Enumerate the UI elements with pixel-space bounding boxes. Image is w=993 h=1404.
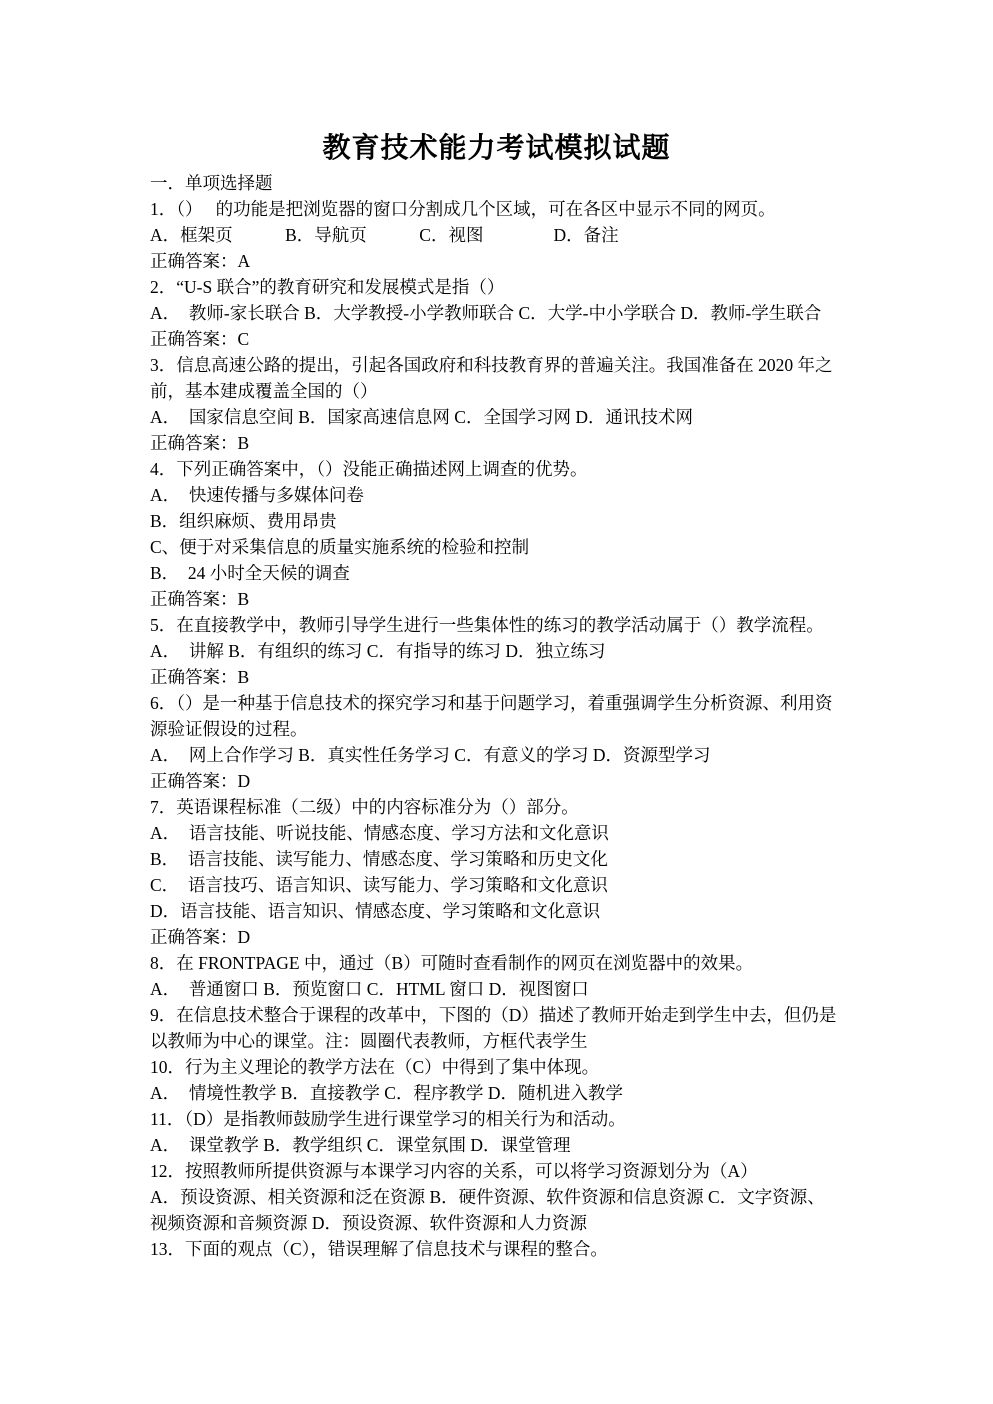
text-line: 8．在 FRONTPAGE 中，通过（B）可随时查看制作的网页在浏览器中的效果。 bbox=[150, 950, 860, 976]
text-line: A． 教师-家长联合 B．大学教授-小学教师联合 C．大学-中小学联合 D．教师… bbox=[150, 300, 860, 326]
text-line: A． 语言技能、听说技能、情感态度、学习方法和文化意识 bbox=[150, 820, 860, 846]
section-heading: 一．单项选择题 bbox=[150, 170, 860, 196]
document-body: 一．单项选择题1．（） 的功能是把浏览器的窗口分割成几个区域，可在各区中显示不同… bbox=[150, 170, 860, 1262]
text-line: 2．“U-S 联合”的教育研究和发展模式是指（） bbox=[150, 274, 860, 300]
text-line: A．预设资源、相关资源和泛在资源 B．硬件资源、软件资源和信息资源 C．文字资源… bbox=[150, 1184, 860, 1210]
text-line: A． 讲解 B．有组织的练习 C．有指导的练习 D．独立练习 bbox=[150, 638, 860, 664]
text-line: 9．在信息技术整合于课程的改革中，下图的（D）描述了教师开始走到学生中去，但仍是 bbox=[150, 1002, 860, 1028]
text-line: A． 快速传播与多媒体问卷 bbox=[150, 482, 860, 508]
text-line: A．框架页 B．导航页 C．视图 D．备注 bbox=[150, 222, 860, 248]
text-line: 13．下面的观点（C），错误理解了信息技术与课程的整合。 bbox=[150, 1236, 860, 1262]
text-line: 1．（） 的功能是把浏览器的窗口分割成几个区域，可在各区中显示不同的网页。 bbox=[150, 196, 860, 222]
text-line: D．语言技能、语言知识、情感态度、学习策略和文化意识 bbox=[150, 898, 860, 924]
page-title: 教育技术能力考试模拟试题 bbox=[0, 126, 993, 166]
text-line: 正确答案：B bbox=[150, 664, 860, 690]
text-line: B．组织麻烦、费用昂贵 bbox=[150, 508, 860, 534]
text-line: 以教师为中心的课堂。注：圆圈代表教师，方框代表学生 bbox=[150, 1028, 860, 1054]
text-line: 4．下列正确答案中，（）没能正确描述网上调查的优势。 bbox=[150, 456, 860, 482]
text-line: A． 普通窗口 B．预览窗口 C．HTML 窗口 D．视图窗口 bbox=[150, 976, 860, 1002]
text-line: 7．英语课程标准（二级）中的内容标准分为（）部分。 bbox=[150, 794, 860, 820]
text-line: 源验证假设的过程。 bbox=[150, 716, 860, 742]
text-line: B． 24 小时全天候的调查 bbox=[150, 560, 860, 586]
text-line: A． 网上合作学习 B．真实性任务学习 C．有意义的学习 D．资源型学习 bbox=[150, 742, 860, 768]
text-line: 6．（）是一种基于信息技术的探究学习和基于问题学习，着重强调学生分析资源、利用资 bbox=[150, 690, 860, 716]
text-line: 12．按照教师所提供资源与本课学习内容的关系，可以将学习资源划分为（A） bbox=[150, 1158, 860, 1184]
text-line: A． 课堂教学 B．教学组织 C．课堂氛围 D．课堂管理 bbox=[150, 1132, 860, 1158]
text-line: 视频资源和音频资源 D．预设资源、软件资源和人力资源 bbox=[150, 1210, 860, 1236]
text-line: 3．信息高速公路的提出，引起各国政府和科技教育界的普遍关注。我国准备在 2020… bbox=[150, 352, 860, 378]
text-line: 正确答案：D bbox=[150, 768, 860, 794]
text-line: 正确答案：C bbox=[150, 326, 860, 352]
text-line: 正确答案：B bbox=[150, 586, 860, 612]
text-line: 正确答案：D bbox=[150, 924, 860, 950]
text-line: C． 语言技巧、语言知识、读写能力、学习策略和文化意识 bbox=[150, 872, 860, 898]
text-line: C、便于对采集信息的质量实施系统的检验和控制 bbox=[150, 534, 860, 560]
text-line: A． 国家信息空间 B．国家高速信息网 C．全国学习网 D．通讯技术网 bbox=[150, 404, 860, 430]
text-line: 5．在直接教学中，教师引导学生进行一些集体性的练习的教学活动属于（）教学流程。 bbox=[150, 612, 860, 638]
text-line: 正确答案：A bbox=[150, 248, 860, 274]
text-line: 前，基本建成覆盖全国的（） bbox=[150, 378, 860, 404]
text-line: B． 语言技能、读写能力、情感态度、学习策略和历史文化 bbox=[150, 846, 860, 872]
text-line: 正确答案：B bbox=[150, 430, 860, 456]
text-line: 11．（D）是指教师鼓励学生进行课堂学习的相关行为和活动。 bbox=[150, 1106, 860, 1132]
document-page: 教育技术能力考试模拟试题 一．单项选择题1．（） 的功能是把浏览器的窗口分割成几… bbox=[0, 0, 993, 1404]
text-line: 10．行为主义理论的教学方法在（C）中得到了集中体现。 bbox=[150, 1054, 860, 1080]
text-line: A． 情境性教学 B．直接教学 C．程序教学 D．随机进入教学 bbox=[150, 1080, 860, 1106]
